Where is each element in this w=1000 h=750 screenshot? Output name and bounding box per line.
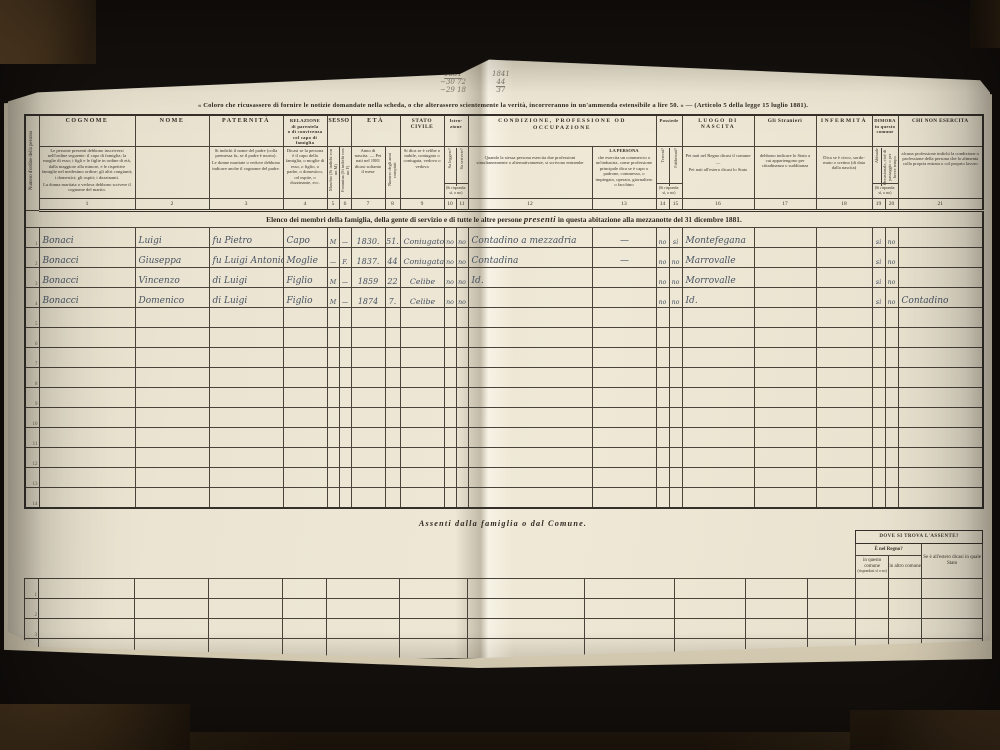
cell-stranieri <box>746 618 808 638</box>
cell-relazione <box>283 618 327 638</box>
cell-anno-nascita <box>351 307 385 327</box>
cell-stato-civile <box>400 367 444 387</box>
cell-sa-leggere <box>444 447 456 467</box>
table-row: 1 Bonaci Luigi fu Pietro Capo M — 1830. … <box>25 227 983 247</box>
cell-chi-non-esercita <box>898 467 983 487</box>
cell-sa-scrivere: no <box>456 247 468 267</box>
box-questo-comune-header: in questo comune(rispondasi sì o no) <box>856 555 889 578</box>
table-row: 13 <box>25 467 983 487</box>
cell-nome <box>135 618 209 638</box>
cell-estero <box>922 598 983 618</box>
cell-paternita <box>209 407 283 427</box>
cell-sesso-m <box>327 487 339 508</box>
cell-infermita <box>816 387 872 407</box>
desc-condizione-13: LA PERSONAche esercita un commercio o un… <box>592 146 656 198</box>
wood-table-corner-top-right <box>970 0 1000 48</box>
cell-infermita <box>816 447 872 467</box>
cell-sa-scrivere <box>456 427 468 447</box>
cell-stato-civile: Celibe <box>400 287 444 307</box>
cell-sesso-m <box>327 327 339 347</box>
cell-cognome <box>39 467 135 487</box>
assenti-header-spacer <box>25 530 856 578</box>
cell-chi-non-esercita <box>898 367 983 387</box>
desc-condizione-12: Quando la stessa persona esercita due pr… <box>468 146 592 198</box>
header-eta: ETÀ <box>351 115 400 146</box>
cell-infermita <box>816 287 872 307</box>
cell-fabbricati <box>669 347 682 367</box>
cell-cognome: Bonacci <box>39 267 135 287</box>
cell-chi-non-esercita <box>898 447 983 467</box>
cell-dimora-occasionale: no <box>885 287 898 307</box>
cell-relazione <box>283 578 327 598</box>
header-relazione: RELAZIONE di parentela o di convivenza c… <box>283 115 327 146</box>
cell-dimora-occasionale <box>885 387 898 407</box>
cell-cognome: Bonacci <box>39 287 135 307</box>
cell-cognome <box>39 347 135 367</box>
cell-sesso-f <box>339 407 351 427</box>
cell-anni-compiuti <box>385 467 400 487</box>
cell-sesso-eta <box>327 618 400 638</box>
cell-condizione <box>468 307 592 327</box>
cell-sa-leggere <box>444 307 456 327</box>
cell-nome <box>135 327 209 347</box>
cell-anno-nascita <box>351 327 385 347</box>
desc-possiede: Terreni? Fabbricati? (Si risponda: sì, o… <box>656 146 682 198</box>
head-of-family-signature: Pietro Magli Camangi <box>695 666 862 680</box>
cell-fabbricati <box>669 387 682 407</box>
cell-terreni <box>656 427 669 447</box>
cell-chi-non-esercita <box>898 247 983 267</box>
cell-anno-nascita: 1830. <box>351 227 385 247</box>
cell-la-persona <box>592 347 656 367</box>
cell-sesso-f <box>339 387 351 407</box>
cell-dimora-occasionale: no <box>885 247 898 267</box>
cell-stato-civile <box>400 307 444 327</box>
cell-nome <box>135 578 209 598</box>
cell-nome <box>135 467 209 487</box>
cell-luogo <box>675 578 746 598</box>
cell-la-persona <box>592 407 656 427</box>
cell-relazione <box>283 387 327 407</box>
cell-relazione <box>283 307 327 327</box>
cell-anno-nascita: 1859 <box>351 267 385 287</box>
box-regno-header: È nel Regno? <box>856 543 922 555</box>
cell-sa-scrivere <box>456 487 468 508</box>
cell-relazione <box>283 367 327 387</box>
cell-stranieri <box>754 287 816 307</box>
cell-row-number: 2 <box>25 247 39 267</box>
cell-sa-leggere <box>444 387 456 407</box>
cell-possiede <box>585 578 675 598</box>
cell-condizione <box>468 407 592 427</box>
cell-stranieri <box>754 367 816 387</box>
cell-luogo-nascita <box>682 487 754 508</box>
cell-sesso-f <box>339 487 351 508</box>
cell-anni-compiuti <box>385 347 400 367</box>
cell-paternita <box>209 387 283 407</box>
cell-luogo-nascita <box>682 347 754 367</box>
table-row: 4 Bonacci Domenico di Luigi Figlio M — 1… <box>25 287 983 307</box>
cell-chi-non-esercita <box>898 487 983 508</box>
desc-nome <box>135 146 209 198</box>
cell-possiede <box>585 618 675 638</box>
table-subtitle: Elenco dei membri della famiglia, della … <box>25 210 983 227</box>
cell-sesso-f <box>339 327 351 347</box>
cell-anni-compiuti <box>385 407 400 427</box>
cell-paternita <box>209 578 283 598</box>
cell-sesso-m <box>327 347 339 367</box>
cell-cognome: Bonacci <box>39 247 135 267</box>
cell-condizione <box>468 578 585 598</box>
cell-condizione: Contadina <box>468 247 592 267</box>
cell-sa-leggere: no <box>444 227 456 247</box>
cell-infermita <box>816 247 872 267</box>
assenti-row: 3 <box>25 618 983 638</box>
cell-condizione <box>468 387 592 407</box>
cell-chi-non-esercita <box>898 407 983 427</box>
cell-anno-nascita <box>351 427 385 447</box>
cell-anno-nascita <box>351 447 385 467</box>
cell-condizione <box>468 347 592 367</box>
cell-luogo-nascita <box>682 367 754 387</box>
cell-dimora-abituale <box>872 407 885 427</box>
header-sesso: SESSO <box>327 115 351 146</box>
cell-nome <box>135 387 209 407</box>
cell-la-persona <box>592 427 656 447</box>
declaration-text: Dichiaro che le suddette informazioni so… <box>350 673 691 680</box>
cell-paternita: di Luigi <box>209 287 283 307</box>
cell-terreni <box>656 447 669 467</box>
cell-stato-civile <box>400 347 444 367</box>
assenti-table: DOVE SI TROVA L'ASSENTE? È nel Regno? Se… <box>24 530 983 659</box>
cell-dimora-occasionale: no <box>885 267 898 287</box>
desc-anni-compiuti: Numero degli anni compiuti <box>385 146 400 198</box>
cell-nome <box>135 427 209 447</box>
cell-infermita <box>808 618 856 638</box>
cell-anni-compiuti: 22 <box>385 267 400 287</box>
table-row: 7 <box>25 347 983 367</box>
cell-stato <box>400 618 468 638</box>
cell-luogo-nascita <box>682 407 754 427</box>
cell-chi-non-esercita <box>898 387 983 407</box>
cell-condizione: Contadino a mezzadria <box>468 227 592 247</box>
cell-dimora-occasionale <box>885 467 898 487</box>
cell-fabbricati <box>669 427 682 447</box>
cell-nome <box>135 407 209 427</box>
cell-sa-leggere <box>444 467 456 487</box>
cell-sesso-f: F. <box>339 247 351 267</box>
cell-luogo-nascita: Morrovalle <box>682 267 754 287</box>
cell-dimora-abituale <box>872 447 885 467</box>
cell-sa-leggere <box>444 327 456 347</box>
cell-dimora-abituale: sì <box>872 287 885 307</box>
cell-sa-leggere <box>444 367 456 387</box>
cell-paternita: fu Pietro <box>209 227 283 247</box>
cell-condizione <box>468 487 592 508</box>
cell-fabbricati: no <box>669 287 682 307</box>
cell-nome: Domenico <box>135 287 209 307</box>
cell-relazione <box>283 467 327 487</box>
header-possiede: Possiede <box>656 115 682 146</box>
cell-infermita <box>816 347 872 367</box>
cell-terreni <box>656 387 669 407</box>
cell-stranieri <box>754 407 816 427</box>
cell-luogo-nascita <box>682 327 754 347</box>
cell-condizione <box>468 327 592 347</box>
cell-terreni: no <box>656 287 669 307</box>
cell-fabbricati <box>669 307 682 327</box>
cell-chi-non-esercita <box>898 227 983 247</box>
cell-anni-compiuti <box>385 447 400 467</box>
cell-sesso-eta <box>327 638 400 658</box>
header-dimora: DIMORA in questo comune <box>872 115 898 146</box>
table-row: 14 <box>25 487 983 508</box>
cell-row-number: 9 <box>25 387 39 407</box>
cell-stato-civile <box>400 327 444 347</box>
cell-cognome <box>39 407 135 427</box>
cell-luogo-nascita: Marrovalle <box>682 247 754 267</box>
cell-infermita <box>816 467 872 487</box>
cell-condizione <box>468 287 592 307</box>
desc-anno-nascita: Anno di nascita. — Pei nati nel 1881 dic… <box>351 146 385 198</box>
cell-sesso-m <box>327 367 339 387</box>
cell-sesso-m <box>327 307 339 327</box>
cell-cognome <box>39 578 135 598</box>
cell-fabbricati <box>669 407 682 427</box>
cell-luogo-nascita <box>682 467 754 487</box>
cell-sesso-f: — <box>339 287 351 307</box>
desc-istruzione: Sa leggere? Sa scrivere? (Si risponda: s… <box>444 146 468 198</box>
cell-stato <box>400 598 468 618</box>
cell-row-number: 3 <box>25 267 39 287</box>
desc-paternita: Si indichi il nome del padre (colla prem… <box>209 146 283 198</box>
cell-fabbricati: no <box>669 247 682 267</box>
cell-relazione: Moglie <box>283 247 327 267</box>
cell-stato-civile <box>400 487 444 508</box>
cell-anno-nascita <box>351 387 385 407</box>
cell-sa-scrivere <box>456 327 468 347</box>
assenti-section-title: Assenti dalla famiglia o dal Comune. <box>24 519 982 528</box>
header-numero-ordine: Numero d'ordine della persona <box>25 115 39 210</box>
cell-infermita <box>816 427 872 447</box>
cell-terreni: no <box>656 247 669 267</box>
cell-sesso-eta <box>327 578 400 598</box>
cell-sesso-m <box>327 387 339 407</box>
cell-fabbricati <box>669 487 682 508</box>
cell-paternita <box>209 307 283 327</box>
cell-sesso-m <box>327 427 339 447</box>
cell-la-persona: — <box>592 247 656 267</box>
cell-la-persona <box>592 467 656 487</box>
cell-infermita <box>808 578 856 598</box>
cell-paternita: di Luigi <box>209 267 283 287</box>
cell-sa-leggere: no <box>444 267 456 287</box>
cell-nome: Vincenzo <box>135 267 209 287</box>
cell-terreni <box>656 347 669 367</box>
cell-fabbricati <box>669 367 682 387</box>
desc-luogo: Pei nati nel Regno dicasi il comune—Pei … <box>682 146 754 198</box>
cell-stranieri <box>754 427 816 447</box>
cell-paternita <box>209 598 283 618</box>
cell-stranieri <box>754 227 816 247</box>
cell-row-number: 2 <box>25 598 39 618</box>
cell-luogo <box>675 618 746 638</box>
assenti-row: 1 <box>25 578 983 598</box>
cell-paternita <box>209 327 283 347</box>
cell-anno-nascita: 1874 <box>351 287 385 307</box>
header-condizione: CONDIZIONE, PROFESSIONE OD OCCUPAZIONE <box>468 115 656 146</box>
cell-stranieri <box>754 447 816 467</box>
cell-nome <box>135 598 209 618</box>
cell-chi-non-esercita <box>898 347 983 367</box>
header-istruzione: Istru- zione <box>444 115 468 146</box>
pencil-note-left: 1881 −30 72 −29 18 <box>440 70 466 94</box>
cell-terreni <box>656 467 669 487</box>
cell-anno-nascita <box>351 367 385 387</box>
cell-anni-compiuti: 7. <box>385 287 400 307</box>
cell-paternita <box>209 367 283 387</box>
table-row: 11 <box>25 427 983 447</box>
cell-row-number: 13 <box>25 467 39 487</box>
cell-fabbricati <box>669 447 682 467</box>
cell-row-number: 4 <box>25 287 39 307</box>
cell-la-persona <box>592 327 656 347</box>
cell-sesso-f: — <box>339 267 351 287</box>
cell-row-number: 8 <box>25 367 39 387</box>
cell-anni-compiuti <box>385 307 400 327</box>
header-stato-civile: STATO CIVILE <box>400 115 444 146</box>
cell-anni-compiuti: 44 <box>385 247 400 267</box>
cell-anno-nascita <box>351 347 385 367</box>
cell-sa-scrivere <box>456 307 468 327</box>
cell-paternita <box>209 618 283 638</box>
desc-stranieri: debbono indicare lo Stato a cui apparten… <box>754 146 816 198</box>
cell-stato-civile <box>400 407 444 427</box>
wood-table-corner-bottom-left <box>0 704 190 750</box>
cell-relazione: Figlio <box>283 287 327 307</box>
cell-chi-non-esercita <box>898 327 983 347</box>
cell-luogo-nascita: Montefegana <box>682 227 754 247</box>
cell-cognome <box>39 427 135 447</box>
table-row: 3 Bonacci Vincenzo di Luigi Figlio M — 1… <box>25 267 983 287</box>
cell-stato-civile <box>400 447 444 467</box>
cell-condizione <box>468 367 592 387</box>
cell-terreni <box>656 407 669 427</box>
cell-la-persona <box>592 367 656 387</box>
cell-relazione <box>283 407 327 427</box>
cell-luogo-nascita: Id. <box>682 287 754 307</box>
cell-sa-scrivere: no <box>456 227 468 247</box>
cell-condizione <box>468 467 592 487</box>
cell-sesso-m: M <box>327 287 339 307</box>
cell-relazione <box>283 447 327 467</box>
cell-in-altro-comune <box>889 618 922 638</box>
cell-infermita <box>816 307 872 327</box>
census-rows: 1 Bonaci Luigi fu Pietro Capo M — 1830. … <box>25 227 983 508</box>
cell-fabbricati <box>669 467 682 487</box>
cell-chi-non-esercita <box>898 267 983 287</box>
cell-sesso-f: — <box>339 227 351 247</box>
cell-anno-nascita <box>351 487 385 508</box>
column-numbers-row: 12 34 56 78 9 1011 1213 1415 1617 18 192… <box>25 198 983 210</box>
cell-stranieri <box>754 487 816 508</box>
cell-anni-compiuti <box>385 387 400 407</box>
cell-sa-scrivere <box>456 367 468 387</box>
cell-stato-civile: Coniugata <box>400 247 444 267</box>
cell-fabbricati <box>669 327 682 347</box>
desc-stato-civile: Si dica se è celibe o nubile, coniugato … <box>400 146 444 198</box>
cell-sa-scrivere: no <box>456 287 468 307</box>
cell-dimora-abituale <box>872 347 885 367</box>
cell-sa-scrivere <box>456 467 468 487</box>
cell-stato <box>400 578 468 598</box>
cell-row-number: 7 <box>25 347 39 367</box>
cell-row-number: 6 <box>25 327 39 347</box>
cell-anno-nascita <box>351 407 385 427</box>
cell-dimora-occasionale <box>885 447 898 467</box>
cell-cognome <box>39 327 135 347</box>
cell-infermita <box>816 487 872 508</box>
penalty-notice: « Coloro che ricusassero di fornire le n… <box>24 102 982 109</box>
cell-dimora-occasionale <box>885 347 898 367</box>
cell-chi-non-esercita <box>898 307 983 327</box>
cell-stranieri <box>754 267 816 287</box>
cell-stranieri <box>754 387 816 407</box>
cell-luogo-nascita <box>682 307 754 327</box>
cell-infermita <box>816 367 872 387</box>
cell-cognome <box>39 618 135 638</box>
cell-dimora-occasionale <box>885 427 898 447</box>
cell-stato <box>400 638 468 658</box>
cell-sesso-f <box>339 347 351 367</box>
cell-stato-civile <box>400 387 444 407</box>
cell-la-persona <box>592 307 656 327</box>
cell-in-altro-comune <box>889 598 922 618</box>
table-row: 9 <box>25 387 983 407</box>
cell-row-number: 5 <box>25 307 39 327</box>
cell-relazione: Figlio <box>283 267 327 287</box>
cell-sesso-f <box>339 447 351 467</box>
cell-infermita <box>816 227 872 247</box>
table-row: 10 <box>25 407 983 427</box>
cell-dimora-occasionale <box>885 367 898 387</box>
cell-stato-civile <box>400 467 444 487</box>
cell-luogo <box>675 598 746 618</box>
cell-possiede <box>585 598 675 618</box>
cell-infermita <box>816 267 872 287</box>
cell-condizione: Id. <box>468 267 592 287</box>
cell-stranieri <box>754 247 816 267</box>
cell-la-persona <box>592 447 656 467</box>
table-row: 2 Bonacci Giuseppa fu Luigi Antonio Mogl… <box>25 247 983 267</box>
assenti-row: 2 <box>25 598 983 618</box>
cell-paternita <box>209 347 283 367</box>
box-altro-comune-header: in altro comune <box>889 555 922 578</box>
cell-condizione <box>468 447 592 467</box>
cell-sesso-f <box>339 467 351 487</box>
cell-la-persona: — <box>592 227 656 247</box>
cell-sesso-f <box>339 427 351 447</box>
pencil-arithmetic-notes: 1881 −30 72 −29 18 1841 44 37 <box>440 70 510 94</box>
cell-relazione <box>283 427 327 447</box>
cell-paternita: fu Luigi Antonio <box>209 247 283 267</box>
cell-in-questo-comune <box>856 618 889 638</box>
cell-sa-leggere: no <box>444 287 456 307</box>
cell-stranieri <box>754 347 816 367</box>
cell-anni-compiuti <box>385 367 400 387</box>
cell-infermita <box>816 327 872 347</box>
cell-paternita <box>209 447 283 467</box>
